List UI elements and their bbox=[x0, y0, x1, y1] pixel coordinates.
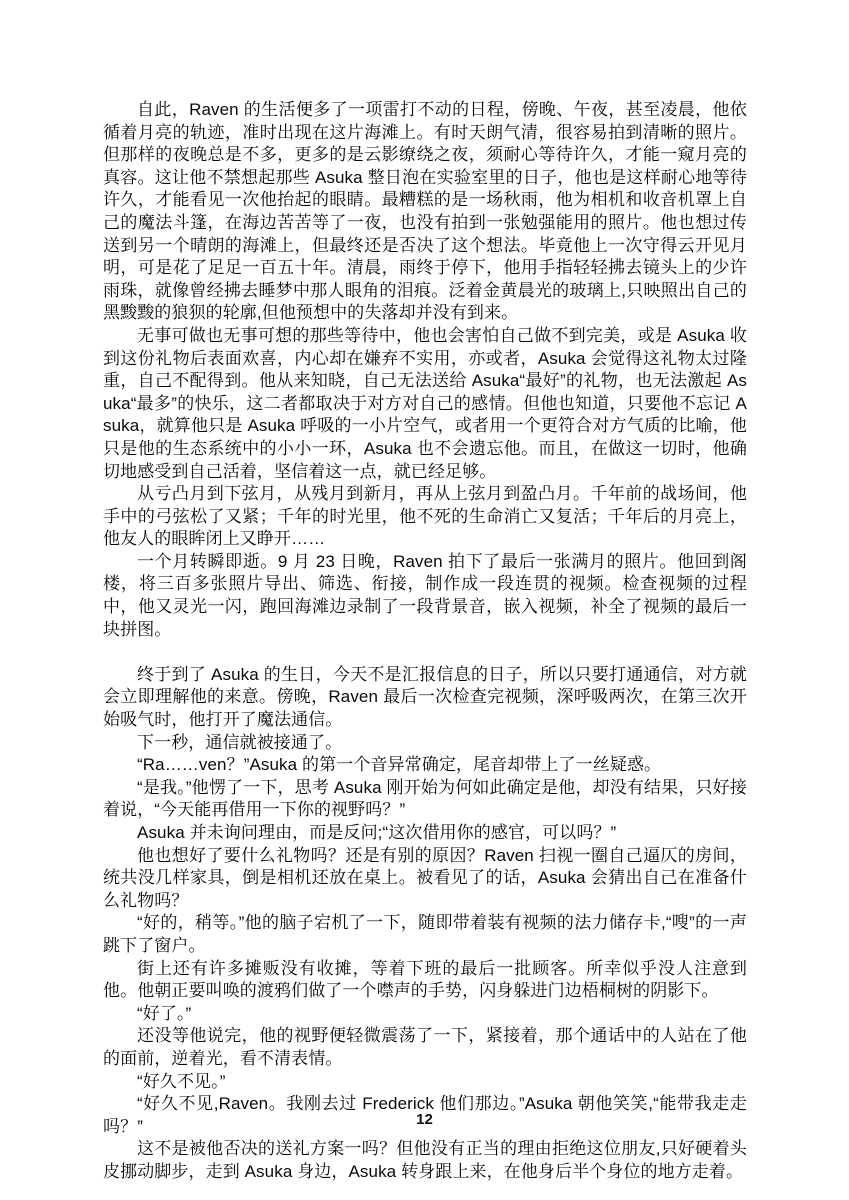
paragraph: “好的，稍等。”他的脑子宕机了一下，随即带着装有视频的法力储存卡,“嗖”的一声跳… bbox=[103, 912, 747, 957]
paragraph: 无事可做也无事可想的那些等待中，他也会害怕自己做不到完美，或是 Asuka 收到… bbox=[103, 325, 747, 483]
text-content: 自此，Raven 的生活便多了一项雷打不动的日程，傍晚、午夜，甚至凌晨，他依循着… bbox=[103, 99, 747, 1184]
document-page: 自此，Raven 的生活便多了一项雷打不动的日程，傍晚、午夜，甚至凌晨，他依循着… bbox=[0, 0, 849, 1200]
paragraph-spacer bbox=[103, 641, 747, 664]
paragraph: 还没等他说完，他的视野便轻微震荡了一下，紧接着，那个通话中的人站在了他的面前，逆… bbox=[103, 1025, 747, 1070]
paragraph: 街上还有许多摊贩没有收摊，等着下班的最后一批顾客。所幸似乎没人注意到他。他朝正要… bbox=[103, 958, 747, 1003]
paragraph: 一个月转瞬即逝。9 月 23 日晚，Raven 拍下了最后一张满月的照片。他回到… bbox=[103, 551, 747, 641]
paragraph: “好了。” bbox=[103, 1003, 747, 1026]
paragraph: 下一秒，通信就被接通了。 bbox=[103, 732, 747, 755]
paragraph: 他也想好了要什么礼物吗？还是有别的原因？Raven 扫视一圈自己逼仄的房间，统共… bbox=[103, 845, 747, 913]
paragraph: Asuka 并未询问理由，而是反问;“这次借用你的感官，可以吗？” bbox=[103, 822, 747, 845]
paragraph: 终于到了 Asuka 的生日，今天不是汇报信息的日子，所以只要打通通信，对方就会… bbox=[103, 664, 747, 732]
paragraph: 从亏凸月到下弦月，从残月到新月，再从上弦月到盈凸月。千年前的战场间，他手中的弓弦… bbox=[103, 483, 747, 551]
paragraph: “好久不见。” bbox=[103, 1071, 747, 1094]
paragraph: “是我。”他愣了一下，思考 Asuka 刚开始为何如此确定是他，却没有结果，只好… bbox=[103, 777, 747, 822]
paragraph: 自此，Raven 的生活便多了一项雷打不动的日程，傍晚、午夜，甚至凌晨，他依循着… bbox=[103, 99, 747, 325]
paragraph: “Ra……ven？”Asuka 的第一个音异常确定，尾音却带上了一丝疑惑。 bbox=[103, 754, 747, 777]
page-number: 12 bbox=[0, 1111, 849, 1128]
paragraph: 这不是被他否决的送礼方案一吗？但他没有正当的理由拒绝这位朋友,只好硬着头皮挪动脚… bbox=[103, 1138, 747, 1183]
